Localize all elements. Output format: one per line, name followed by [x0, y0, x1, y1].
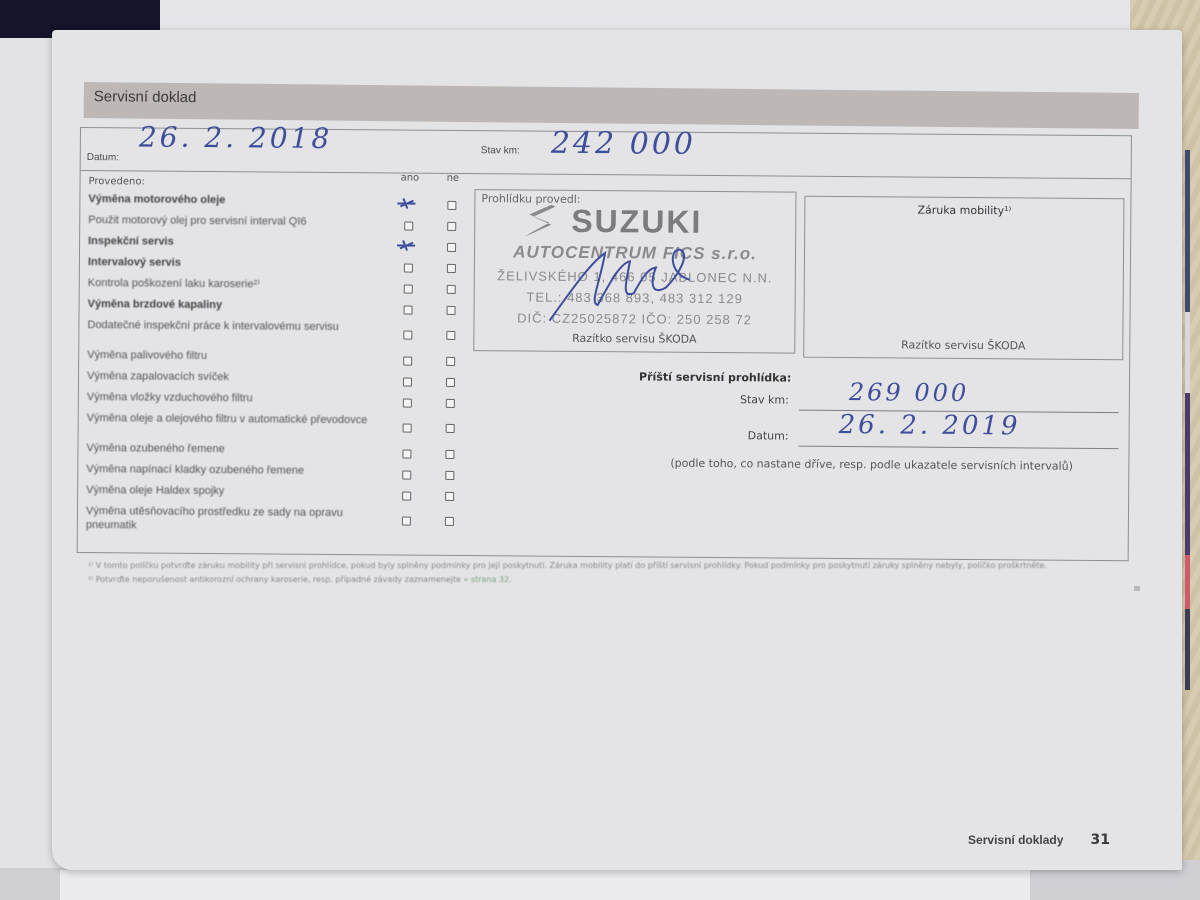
checklist-row: Kontrola poškození laku karoserie²⁾: [82, 274, 462, 298]
checkbox-yes[interactable]: [404, 221, 413, 230]
checklist-row: Dodatečné inspekční práce k intervalovém…: [81, 316, 461, 349]
checklist-item-label: Výměna utěsňovacího prostředku ze sady n…: [86, 504, 376, 534]
checklist-row: Výměna utěsňovacího prostředku ze sady n…: [80, 502, 460, 535]
checkbox-yes[interactable]: [402, 470, 411, 479]
checkbox-yes[interactable]: [403, 377, 412, 386]
page-footer: Servisní doklady 31: [968, 829, 1110, 848]
suzuki-logo-icon: [521, 202, 561, 238]
checkbox-yes[interactable]: [402, 517, 411, 526]
handwritten-mark-icon: [395, 197, 417, 209]
checkbox-no[interactable]: [447, 200, 456, 209]
booklet-page: Servisní doklad Datum: 26. 2. 2018 Stav …: [52, 30, 1182, 870]
checklist-row: Výměna ozubeného řemene: [80, 439, 460, 463]
checkbox-no[interactable]: [446, 398, 455, 407]
km-label: Stav km:: [481, 145, 520, 156]
checklist-item-label: Výměna brzdové kapaliny: [88, 297, 378, 313]
checkbox-yes[interactable]: [403, 398, 412, 407]
margin-mark: [1134, 586, 1140, 591]
checklist-row: Výměna motorového oleje: [82, 190, 462, 214]
mobility-title: Záruka mobility¹⁾: [805, 203, 1123, 218]
checkbox-yes[interactable]: [403, 424, 412, 433]
checkbox-no[interactable]: [447, 263, 456, 272]
checkbox-no[interactable]: [446, 356, 455, 365]
checkbox-no[interactable]: [446, 331, 455, 340]
checkbox-yes[interactable]: [403, 356, 412, 365]
checklist-row: Výměna napínací kladky ozubeného řemene: [80, 460, 460, 484]
checkbox-yes[interactable]: [395, 197, 417, 209]
mobility-caption: Razítko servisu ŠKODA: [804, 338, 1122, 353]
checkbox-yes[interactable]: [395, 239, 417, 251]
checklist-row: Výměna vložky vzduchového filtru: [81, 388, 461, 412]
background-sheet: [60, 870, 1030, 900]
footnote-2-text: ²⁾ Potvrďte neporušenost antikorozní och…: [88, 575, 461, 584]
service-record-form: Datum: 26. 2. 2018 Stav km: 242 000 Prov…: [77, 127, 1132, 561]
footnote-1: ¹⁾ V tomto políčku potvrďte záruku mobil…: [88, 560, 1138, 571]
checklist-item-label: Výměna oleje Haldex spojky: [86, 483, 376, 499]
checklist-row: Výměna oleje a olejového filtru v automa…: [81, 409, 461, 442]
checkbox-no[interactable]: [445, 449, 454, 458]
checkbox-no[interactable]: [447, 221, 456, 230]
signature-icon: [529, 243, 730, 325]
performed-checklist: Provedeno: ano ne Výměna motorového olej…: [83, 176, 463, 179]
mobility-guarantee-box: Záruka mobility¹⁾ Razítko servisu ŠKODA: [803, 196, 1124, 361]
footnotes: ¹⁾ V tomto políčku potvrďte záruku mobil…: [88, 560, 1138, 588]
checklist-row: Výměna palivového filtru: [81, 346, 461, 370]
next-km-label: Stav km:: [639, 392, 789, 406]
background-paper: [150, 0, 1140, 30]
checkbox-no[interactable]: [445, 470, 454, 479]
footer-section-title: Servisní doklady: [968, 833, 1063, 847]
checkbox-yes[interactable]: [402, 491, 411, 500]
checklist-item-label: Inspekční servis: [88, 234, 378, 250]
footnote-page-link[interactable]: » strana 32.: [463, 575, 511, 584]
km-value[interactable]: 242 000: [551, 126, 696, 162]
checklist-item-label: Výměna vložky vzduchového filtru: [87, 390, 377, 406]
checklist-row: Použit motorový olej pro servisní interv…: [82, 211, 462, 235]
checklist-item-label: Výměna ozubeného řemene: [86, 441, 376, 457]
checklist-row: Výměna zapalovacích svíček: [81, 367, 461, 391]
checklist-item-label: Kontrola poškození laku karoserie²⁾: [88, 276, 378, 292]
checklist-item-label: Výměna oleje a olejového filtru v automa…: [87, 411, 377, 427]
checklist-item-label: Dodatečné inspekční práce k intervalovém…: [87, 318, 377, 334]
checkbox-no[interactable]: [447, 305, 456, 314]
checkbox-yes[interactable]: [402, 449, 411, 458]
checklist-item-label: Intervalový servis: [88, 255, 378, 271]
checkbox-yes[interactable]: [404, 305, 413, 314]
section-title: Servisní doklad: [94, 88, 197, 106]
date-km-row: Datum: 26. 2. 2018 Stav km: 242 000: [81, 128, 1131, 179]
next-date-value[interactable]: 26. 2. 2019: [839, 410, 1021, 441]
checklist-item-label: Výměna zapalovacích svíček: [87, 369, 377, 385]
checkbox-yes[interactable]: [403, 331, 412, 340]
checklist-heading: Provedeno:: [89, 176, 145, 187]
checkbox-no[interactable]: [447, 242, 456, 251]
next-date-label: Datum:: [639, 428, 789, 442]
stamp-caption: Razítko servisu ŠKODA: [474, 331, 794, 347]
next-service-note: (podle toho, co nastane dříve, resp. pod…: [670, 457, 1073, 473]
checkbox-yes[interactable]: [404, 263, 413, 272]
checklist-row: Intervalový servis: [82, 253, 462, 277]
checkbox-no[interactable]: [446, 377, 455, 386]
checklist-item-label: Výměna motorového oleje: [88, 192, 378, 208]
date-value[interactable]: 26. 2. 2018: [139, 120, 333, 155]
col-no-label: ne: [447, 173, 460, 184]
checklist-item-label: Použit motorový olej pro servisní interv…: [88, 213, 378, 229]
stamp-brand: SUZUKI: [571, 203, 702, 241]
next-date-line: [799, 446, 1119, 450]
checkbox-no[interactable]: [447, 284, 456, 293]
tab-marker-stripe: [1185, 150, 1190, 690]
stamp-box: Prohlídku provedl: SUZUKI AUTOCENTRUM FI…: [473, 189, 796, 354]
checklist-row: Inspekční servis: [82, 232, 462, 256]
checklist-row: Výměna oleje Haldex spojky: [80, 481, 460, 505]
checklist-row: Výměna brzdové kapaliny: [82, 295, 462, 319]
handwritten-mark-icon: [395, 239, 417, 251]
next-service-section: Příští servisní prohlídka: Stav km: 269 …: [638, 370, 1119, 484]
checkbox-yes[interactable]: [404, 284, 413, 293]
checklist-item-label: Výměna palivového filtru: [87, 348, 377, 364]
date-label: Datum:: [87, 152, 119, 163]
checkbox-no[interactable]: [445, 517, 454, 526]
checkbox-no[interactable]: [446, 424, 455, 433]
page-number: 31: [1091, 832, 1110, 848]
checklist-item-label: Výměna napínací kladky ozubeného řemene: [86, 462, 376, 478]
next-km-value[interactable]: 269 000: [849, 378, 969, 407]
col-yes-label: ano: [401, 173, 420, 184]
footnote-2: ²⁾ Potvrďte neporušenost antikorozní och…: [88, 574, 1138, 585]
next-service-title: Příští servisní prohlídka:: [639, 370, 791, 384]
checkbox-no[interactable]: [445, 491, 454, 500]
